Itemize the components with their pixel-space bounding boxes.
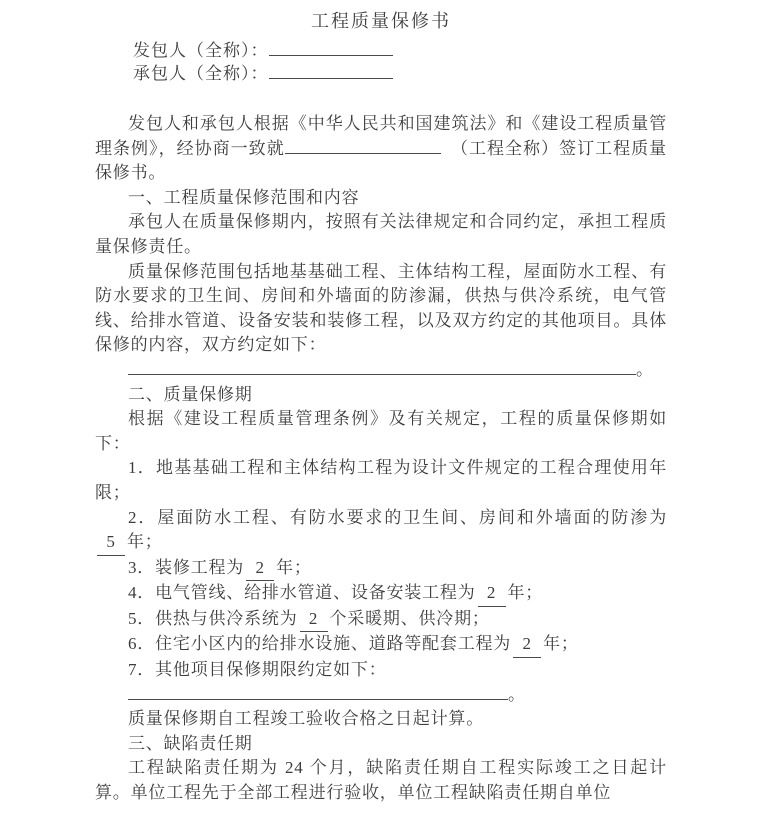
scope-fill-line: 。 xyxy=(95,358,667,383)
warranty-item-6: 6．住宅小区内的给排水设施、道路等配套工程为2年； xyxy=(95,632,667,658)
employer-name-blank[interactable] xyxy=(269,40,393,56)
section3-paragraph: 工程缺陷责任期为 24 个月，缺陷责任期自工程实际竣工之日起计算。单位工程先于全… xyxy=(95,756,667,805)
warranty-item-4-text: 4．电气管线、给排水管道、设备安装工程为 xyxy=(128,583,476,602)
document-title: 工程质量保修书 xyxy=(95,8,667,34)
warranty-item-6-text: 6．住宅小区内的给排水设施、道路等配套工程为 xyxy=(128,634,511,653)
warranty-start-note: 质量保修期自工程竣工验收合格之日起计算。 xyxy=(95,707,667,732)
parties-block: 发包人（全称）： 承包人（全称）： xyxy=(133,40,667,85)
other-items-fill-period: 。 xyxy=(508,685,526,704)
warranty-item-4-years-blank[interactable]: 2 xyxy=(478,581,506,607)
warranty-item-4: 4．电气管线、给排水管道、设备安装工程为2年； xyxy=(95,581,667,607)
warranty-item-3-text: 3．装修工程为 xyxy=(128,558,244,577)
warranty-item-3-years-blank[interactable]: 2 xyxy=(246,556,274,582)
warranty-item-6-suffix: 年； xyxy=(543,634,579,653)
section3-heading: 三、缺陷责任期 xyxy=(95,732,667,757)
warranty-item-5-periods-blank[interactable]: 2 xyxy=(300,607,328,633)
warranty-item-7: 7．其他项目保修期限约定如下： xyxy=(95,658,667,683)
warranty-item-4-suffix: 年； xyxy=(508,583,544,602)
contractor-name-blank[interactable] xyxy=(269,63,393,79)
warranty-item-5-suffix: 个采暖期、供冷期； xyxy=(330,609,490,628)
other-items-fill-line: 。 xyxy=(95,683,667,708)
warranty-item-6-years-blank[interactable]: 2 xyxy=(513,632,541,658)
warranty-item-3: 3．装修工程为2年； xyxy=(95,556,667,582)
other-items-blank[interactable] xyxy=(128,684,508,700)
scope-fill-period: 。 xyxy=(636,360,654,379)
intro-paragraph: 发包人和承包人根据《中华人民共和国建筑法》和《建设工程质量管理条例》，经协商一致… xyxy=(95,112,667,186)
warranty-item-2-text: 2．屋面防水工程、有防水要求的卫生间、房间和外墙面的防渗为 xyxy=(128,508,667,527)
warranty-item-2: 2．屋面防水工程、有防水要求的卫生间、房间和外墙面的防渗为5年； xyxy=(95,506,667,556)
section1-scope-paragraph: 质量保修范围包括地基基础工程、主体结构工程，屋面防水工程、有防水要求的卫生间、房… xyxy=(95,260,667,358)
section1-heading: 一、工程质量保修范围和内容 xyxy=(95,186,667,211)
warranty-item-2-suffix: 年； xyxy=(127,532,163,551)
section2-heading: 二、质量保修期 xyxy=(95,383,667,408)
project-name-blank[interactable] xyxy=(285,138,441,154)
contractor-label: 承包人（全称）： xyxy=(133,64,269,83)
warranty-item-3-suffix: 年； xyxy=(276,558,312,577)
employer-label: 发包人（全称）： xyxy=(133,41,269,60)
scope-content-blank[interactable] xyxy=(128,359,636,375)
warranty-item-5: 5．供热与供冷系统为2个采暖期、供冷期； xyxy=(95,607,667,633)
section2-intro-paragraph: 根据《建设工程质量管理条例》及有关规定，工程的质量保修期如下： xyxy=(95,407,667,456)
contractor-line: 承包人（全称）： xyxy=(133,63,667,86)
warranty-document-page: 工程质量保修书 发包人（全称）： 承包人（全称）： 发包人和承包人根据《中华人民… xyxy=(0,0,760,824)
warranty-item-5-text: 5．供热与供冷系统为 xyxy=(128,609,298,628)
warranty-item-2-years-blank[interactable]: 5 xyxy=(97,530,125,556)
employer-line: 发包人（全称）： xyxy=(133,40,667,63)
section1-responsibility-paragraph: 承包人在质量保修期内，按照有关法律规定和合同约定，承担工程质量保修责任。 xyxy=(95,210,667,259)
warranty-item-1: 1．地基基础工程和主体结构工程为设计文件规定的工程合理使用年限； xyxy=(95,456,667,505)
